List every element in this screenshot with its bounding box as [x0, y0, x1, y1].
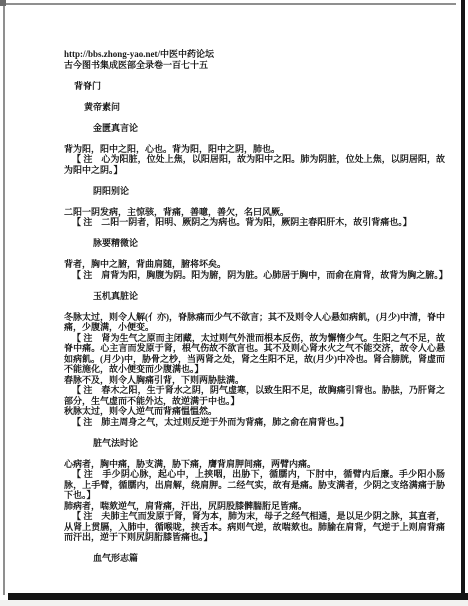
scan-border-bottom — [8, 593, 468, 600]
annotation-paragraph: 【 注 心为阳脏，位处上焦，以阳居阳，故为阳中之阳。肺为阴脏，位处上焦，以阴居阳… — [64, 154, 445, 175]
book-title: 黄帝素问 — [64, 102, 445, 113]
annotation-paragraph: 【 注 手少阴心脉，起心中，上挟咽，出胁下，循臑内，下肘中，循臂内后廉。手少阳小… — [64, 469, 445, 501]
annotation-paragraph: 【 注 肺主周身之气，太过则反逆于外而为背痛，肺之俞在肩背也。】 — [64, 417, 445, 428]
scan-edge-area — [0, 600, 468, 606]
document-body: 金匮真言论背为阳，阳中之阳，心也。背为阳，阳中之阴，肺也。【 注 心为阳脏，位处… — [64, 123, 445, 564]
annotation-paragraph: 【 注 肩背为阳，胸腹为阴。阳为腑，阴为脏。心肺居于胸中，而俞在肩背，故背为胸之… — [64, 270, 445, 281]
annotation-paragraph: 【 注 二阳一阴者，阳明、厥阴之为病也。背为阳，厥阴主春阳肝木，故引背痛也。】 — [64, 217, 445, 228]
section-title: 背脊门 — [64, 81, 445, 92]
scripture-paragraph: 二阳一阴发病，主惊骇，背痛，善噫，善欠，名曰风厥。 — [64, 207, 445, 218]
scripture-paragraph: 肺病者，喘欬逆气，肩背痛，汗出，尻阴股膝髀腨胻足皆痛。 — [64, 501, 445, 512]
scripture-paragraph: 背者，胸中之腑，背曲肩随，腑将坏矣。 — [64, 259, 445, 270]
scripture-paragraph: 春脉不及，则令人胸痛引背，下则两胁胠满。 — [64, 375, 445, 386]
volume-title: 古今图书集成医部全录卷一百七十五 — [64, 60, 445, 71]
annotation-paragraph: 【 注 春木之阳，生于肾水之阴，阴气虚寒，以致生阳不足，故胸痛引背也。胁胠，乃肝… — [64, 385, 445, 406]
source-url: http://bbs.zhong-yao.net/中医中药论坛 — [64, 49, 445, 60]
chapter-title: 脏气法时论 — [64, 438, 445, 449]
annotation-paragraph: 【 注 肾为生气之原而主闭藏，太过则气外泄而根本反伤，故为懈惰少气。生阳之气不足… — [64, 333, 445, 375]
chapter-title: 脉要精微论 — [64, 238, 445, 249]
scripture-paragraph: 心病者，胸中痛，胁支满，胁下痛，膺背肩胛间痛，两臂内痛。 — [64, 459, 445, 470]
annotation-paragraph: 【 注 夫肺主气而发原于肾，肾为本，肺为末，母子之经气相通，是以足少阴之脉，其直… — [64, 511, 445, 543]
scripture-paragraph: 冬脉太过，则令人解(亻亦)，脊脉痛而少气不欲言；其不及则令人心悬如病飢，(月少)… — [64, 312, 445, 333]
scanned-page: http://bbs.zhong-yao.net/中医中药论坛 古今图书集成医部… — [0, 0, 468, 606]
document-text-column: http://bbs.zhong-yao.net/中医中药论坛 古今图书集成医部… — [0, 0, 468, 574]
chapter-title: 金匮真言论 — [64, 123, 445, 134]
chapter-title: 玉机真脏论 — [64, 291, 445, 302]
chapter-title: 血气形志篇 — [64, 553, 445, 564]
chapter-title: 阴阳别论 — [64, 186, 445, 197]
scripture-paragraph: 背为阳，阳中之阳，心也。背为阳，阳中之阴，肺也。 — [64, 144, 445, 155]
scripture-paragraph: 秋脉太过，则令人逆气而背痛愠愠然。 — [64, 406, 445, 417]
